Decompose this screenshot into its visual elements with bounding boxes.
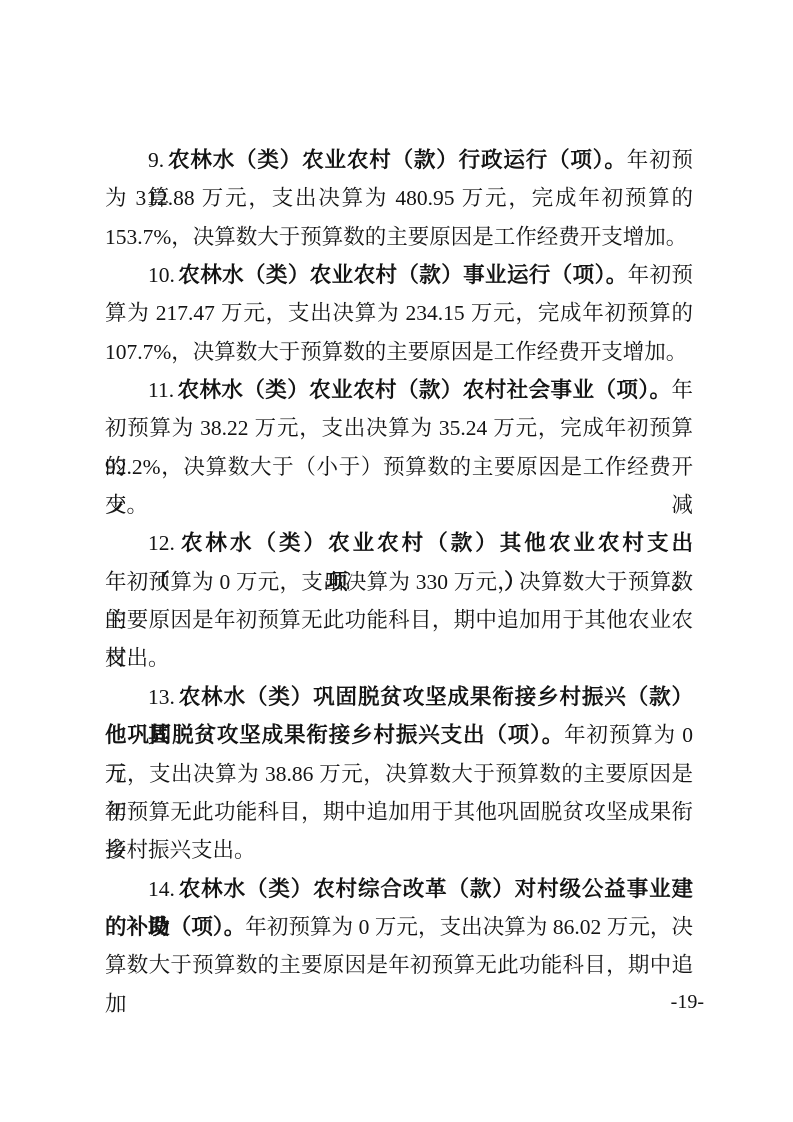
heading-run: 农林水（类）农业农村（款）事业运行（项）。 [178, 263, 628, 287]
text-line: 9.农林水（类）农业农村（款）行政运行（项）。年初预算 [105, 141, 693, 179]
body-run: 107.7%，决算数大于预算数的主要原因是工作经费开支增加。 [105, 340, 687, 364]
text-line: 他巩固脱贫攻坚成果衔接乡村振兴支出（项）。年初预算为 0 万 [105, 716, 693, 754]
body-run: 153.7%，决算数大于预算数的主要原因是工作经费开支增加。 [105, 225, 687, 249]
paragraph-10: 10.农林水（类）农业农村（款）事业运行（项）。年初预算为 217.47 万元，… [105, 256, 693, 371]
text-line: 乡村振兴支出。 [105, 831, 693, 869]
document-body: 9.农林水（类）农业农村（款）行政运行（项）。年初预算为 312.88 万元，支… [105, 141, 693, 985]
text-line: 主要原因是年初预算无此功能科目，期中追加用于其他农业农村 [105, 601, 693, 639]
text-line: 算数大于预算数的主要原因是年初预算无此功能科目，期中追加 [105, 946, 693, 984]
item-number: 14. [148, 877, 175, 901]
text-line: 14.农林水（类）农村综合改革（款）对村级公益事业建设 [105, 870, 693, 908]
item-number: 11. [148, 378, 174, 402]
text-line: 算为 217.47 万元，支出决算为 234.15 万元，完成年初预算的 [105, 294, 693, 332]
text-line: 初预算为 38.22 万元，支出决算为 35.24 万元，完成年初预算的 [105, 409, 693, 447]
text-line: 92.2%，决算数大于（小于）预算数的主要原因是工作经费开支减 [105, 448, 693, 486]
body-run: 为 312.88 万元，支出决算为 480.95 万元，完成年初预算的 [105, 186, 693, 210]
text-line: 12.农林水（类）农业农村（款）其他农业农村支出（项）。 [105, 524, 693, 562]
text-line: 年初预算为 0 万元，支出决算为 330 万元，决算数大于预算数的 [105, 563, 693, 601]
paragraph-9: 9.农林水（类）农业农村（款）行政运行（项）。年初预算为 312.88 万元，支… [105, 141, 693, 256]
body-run: 算为 217.47 万元，支出决算为 234.15 万元，完成年初预算的 [105, 301, 693, 325]
text-line: 的补助（项）。年初预算为 0 万元，支出决算为 86.02 万元，决 [105, 908, 693, 946]
paragraph-13: 13.农林水（类）巩固脱贫攻坚成果衔接乡村振兴（款）其他巩固脱贫攻坚成果衔接乡村… [105, 678, 693, 870]
heading-run: 他巩固脱贫攻坚成果衔接乡村振兴支出（项）。 [105, 723, 564, 747]
body-run: 乡村振兴支出。 [105, 838, 256, 862]
text-line: 10.农林水（类）农业农村（款）事业运行（项）。年初预 [105, 256, 693, 294]
text-line: 153.7%，决算数大于预算数的主要原因是工作经费开支增加。 [105, 218, 693, 256]
text-line: 107.7%，决算数大于预算数的主要原因是工作经费开支增加。 [105, 333, 693, 371]
page-number: -19- [671, 990, 704, 1014]
heading-run: 农林水（类）农业农村（款）行政运行（项）。 [167, 148, 627, 172]
text-line: 元，支出决算为 38.86 万元，决算数大于预算数的主要原因是年 [105, 755, 693, 793]
item-number: 9. [148, 148, 164, 172]
item-number: 12. [148, 531, 175, 555]
text-line: 初预算无此功能科目，期中追加用于其他巩固脱贫攻坚成果衔接 [105, 793, 693, 831]
body-run: 算数大于预算数的主要原因是年初预算无此功能科目，期中追加 [105, 953, 693, 1015]
text-line: 为 312.88 万元，支出决算为 480.95 万元，完成年初预算的 [105, 179, 693, 217]
body-run: 年初预算为 0 万元，支出决算为 86.02 万元，决 [245, 915, 693, 939]
heading-run: 的补助（项）。 [105, 915, 245, 939]
body-run: 支出。 [105, 646, 170, 670]
text-line: 11.农林水（类）农业农村（款）农村社会事业（项）。年 [105, 371, 693, 409]
text-line: 支出。 [105, 639, 693, 677]
item-number: 10. [148, 263, 175, 287]
body-run: 年 [671, 378, 693, 402]
text-line: 13.农林水（类）巩固脱贫攻坚成果衔接乡村振兴（款）其 [105, 678, 693, 716]
item-number: 13. [148, 685, 175, 709]
paragraph-12: 12.农林水（类）农业农村（款）其他农业农村支出（项）。年初预算为 0 万元，支… [105, 524, 693, 677]
body-run: 少。 [105, 493, 148, 517]
body-run: 92.2%，决算数大于（小于）预算数的主要原因是工作经费开支减 [105, 455, 693, 517]
paragraph-14: 14.农林水（类）农村综合改革（款）对村级公益事业建设的补助（项）。年初预算为 … [105, 870, 693, 985]
body-run: 年初预 [628, 263, 693, 287]
paragraph-11: 11.农林水（类）农业农村（款）农村社会事业（项）。年初预算为 38.22 万元… [105, 371, 693, 524]
document-page: 9.农林水（类）农业农村（款）行政运行（项）。年初预算为 312.88 万元，支… [0, 0, 793, 1122]
heading-run: 农林水（类）农业农村（款）农村社会事业（项）。 [177, 378, 671, 402]
